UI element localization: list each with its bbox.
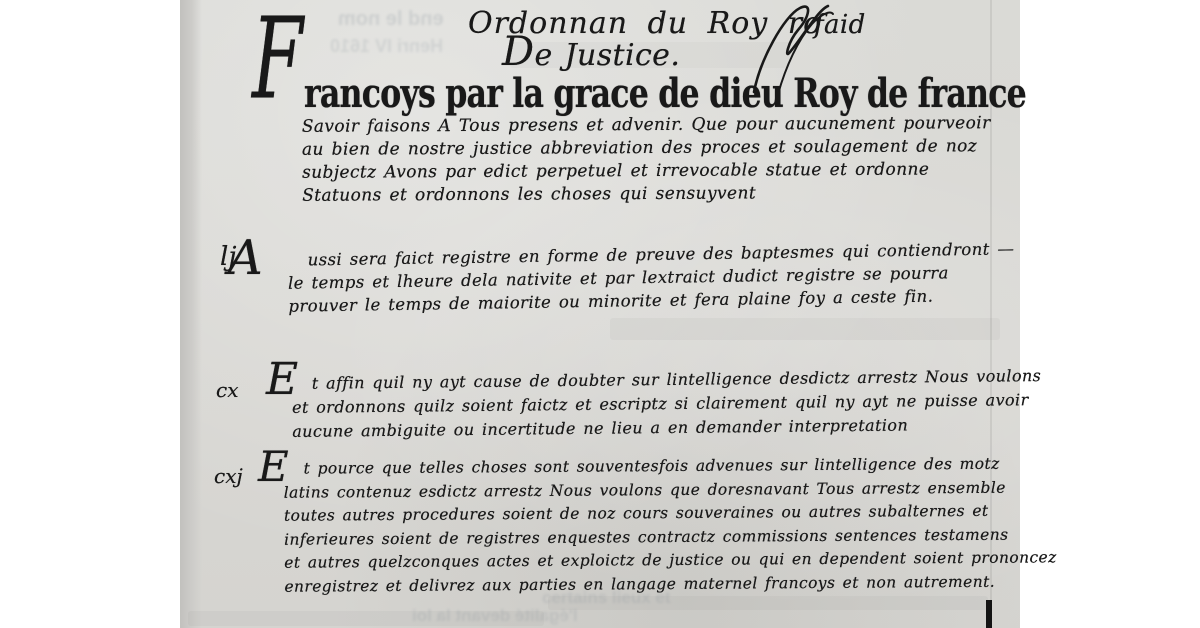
- screenshot-stage: end le nom Henri IV 1610 certains lieux …: [0, 0, 1200, 628]
- ghost-print-text: Henri IV 1610: [330, 36, 443, 57]
- heading-line2-text: e Justice.: [534, 38, 680, 73]
- ornate-initial-a: A: [228, 234, 263, 282]
- manuscript-heading-line1-end: faid: [814, 10, 866, 40]
- ornate-initial-f: F: [252, 4, 303, 116]
- article-paragraph-111: t pource que telles choses sont souvente…: [284, 452, 1057, 598]
- ornate-initial-d: D: [502, 29, 534, 75]
- manuscript-line: Statuons et ordonnons les choses qui sen…: [302, 181, 991, 208]
- preamble-paragraph: Savoir faisons A Tous presens et advenir…: [302, 112, 991, 208]
- manuscript-title: rancoys par la grace de dieu Roy de fran…: [304, 70, 1026, 117]
- margin-article-number: cxj: [214, 464, 243, 488]
- ghost-print-text: l'égalité devant la loi: [412, 606, 578, 626]
- ghost-print-text: end le nom: [338, 8, 444, 31]
- margin-article-number: cx: [216, 378, 238, 402]
- manuscript-heading-line2: De Justice.: [502, 38, 680, 73]
- article-paragraph-110: t affin quil ny ayt cause de doubter sur…: [292, 364, 1042, 444]
- article-paragraph-51: ussi sera faict registre en forme de pre…: [288, 237, 1016, 317]
- manuscript-line: subjectz Avons par edict perpetuel et ir…: [302, 158, 991, 185]
- manuscript-line: enregistrez et delivrez aux parties en l…: [284, 570, 1057, 599]
- scan-artifact-bar: [986, 600, 992, 628]
- scan-edge-shadow: [180, 0, 202, 628]
- ghost-print-band: [610, 318, 1000, 340]
- manuscript-page: end le nom Henri IV 1610 certains lieux …: [180, 0, 1020, 628]
